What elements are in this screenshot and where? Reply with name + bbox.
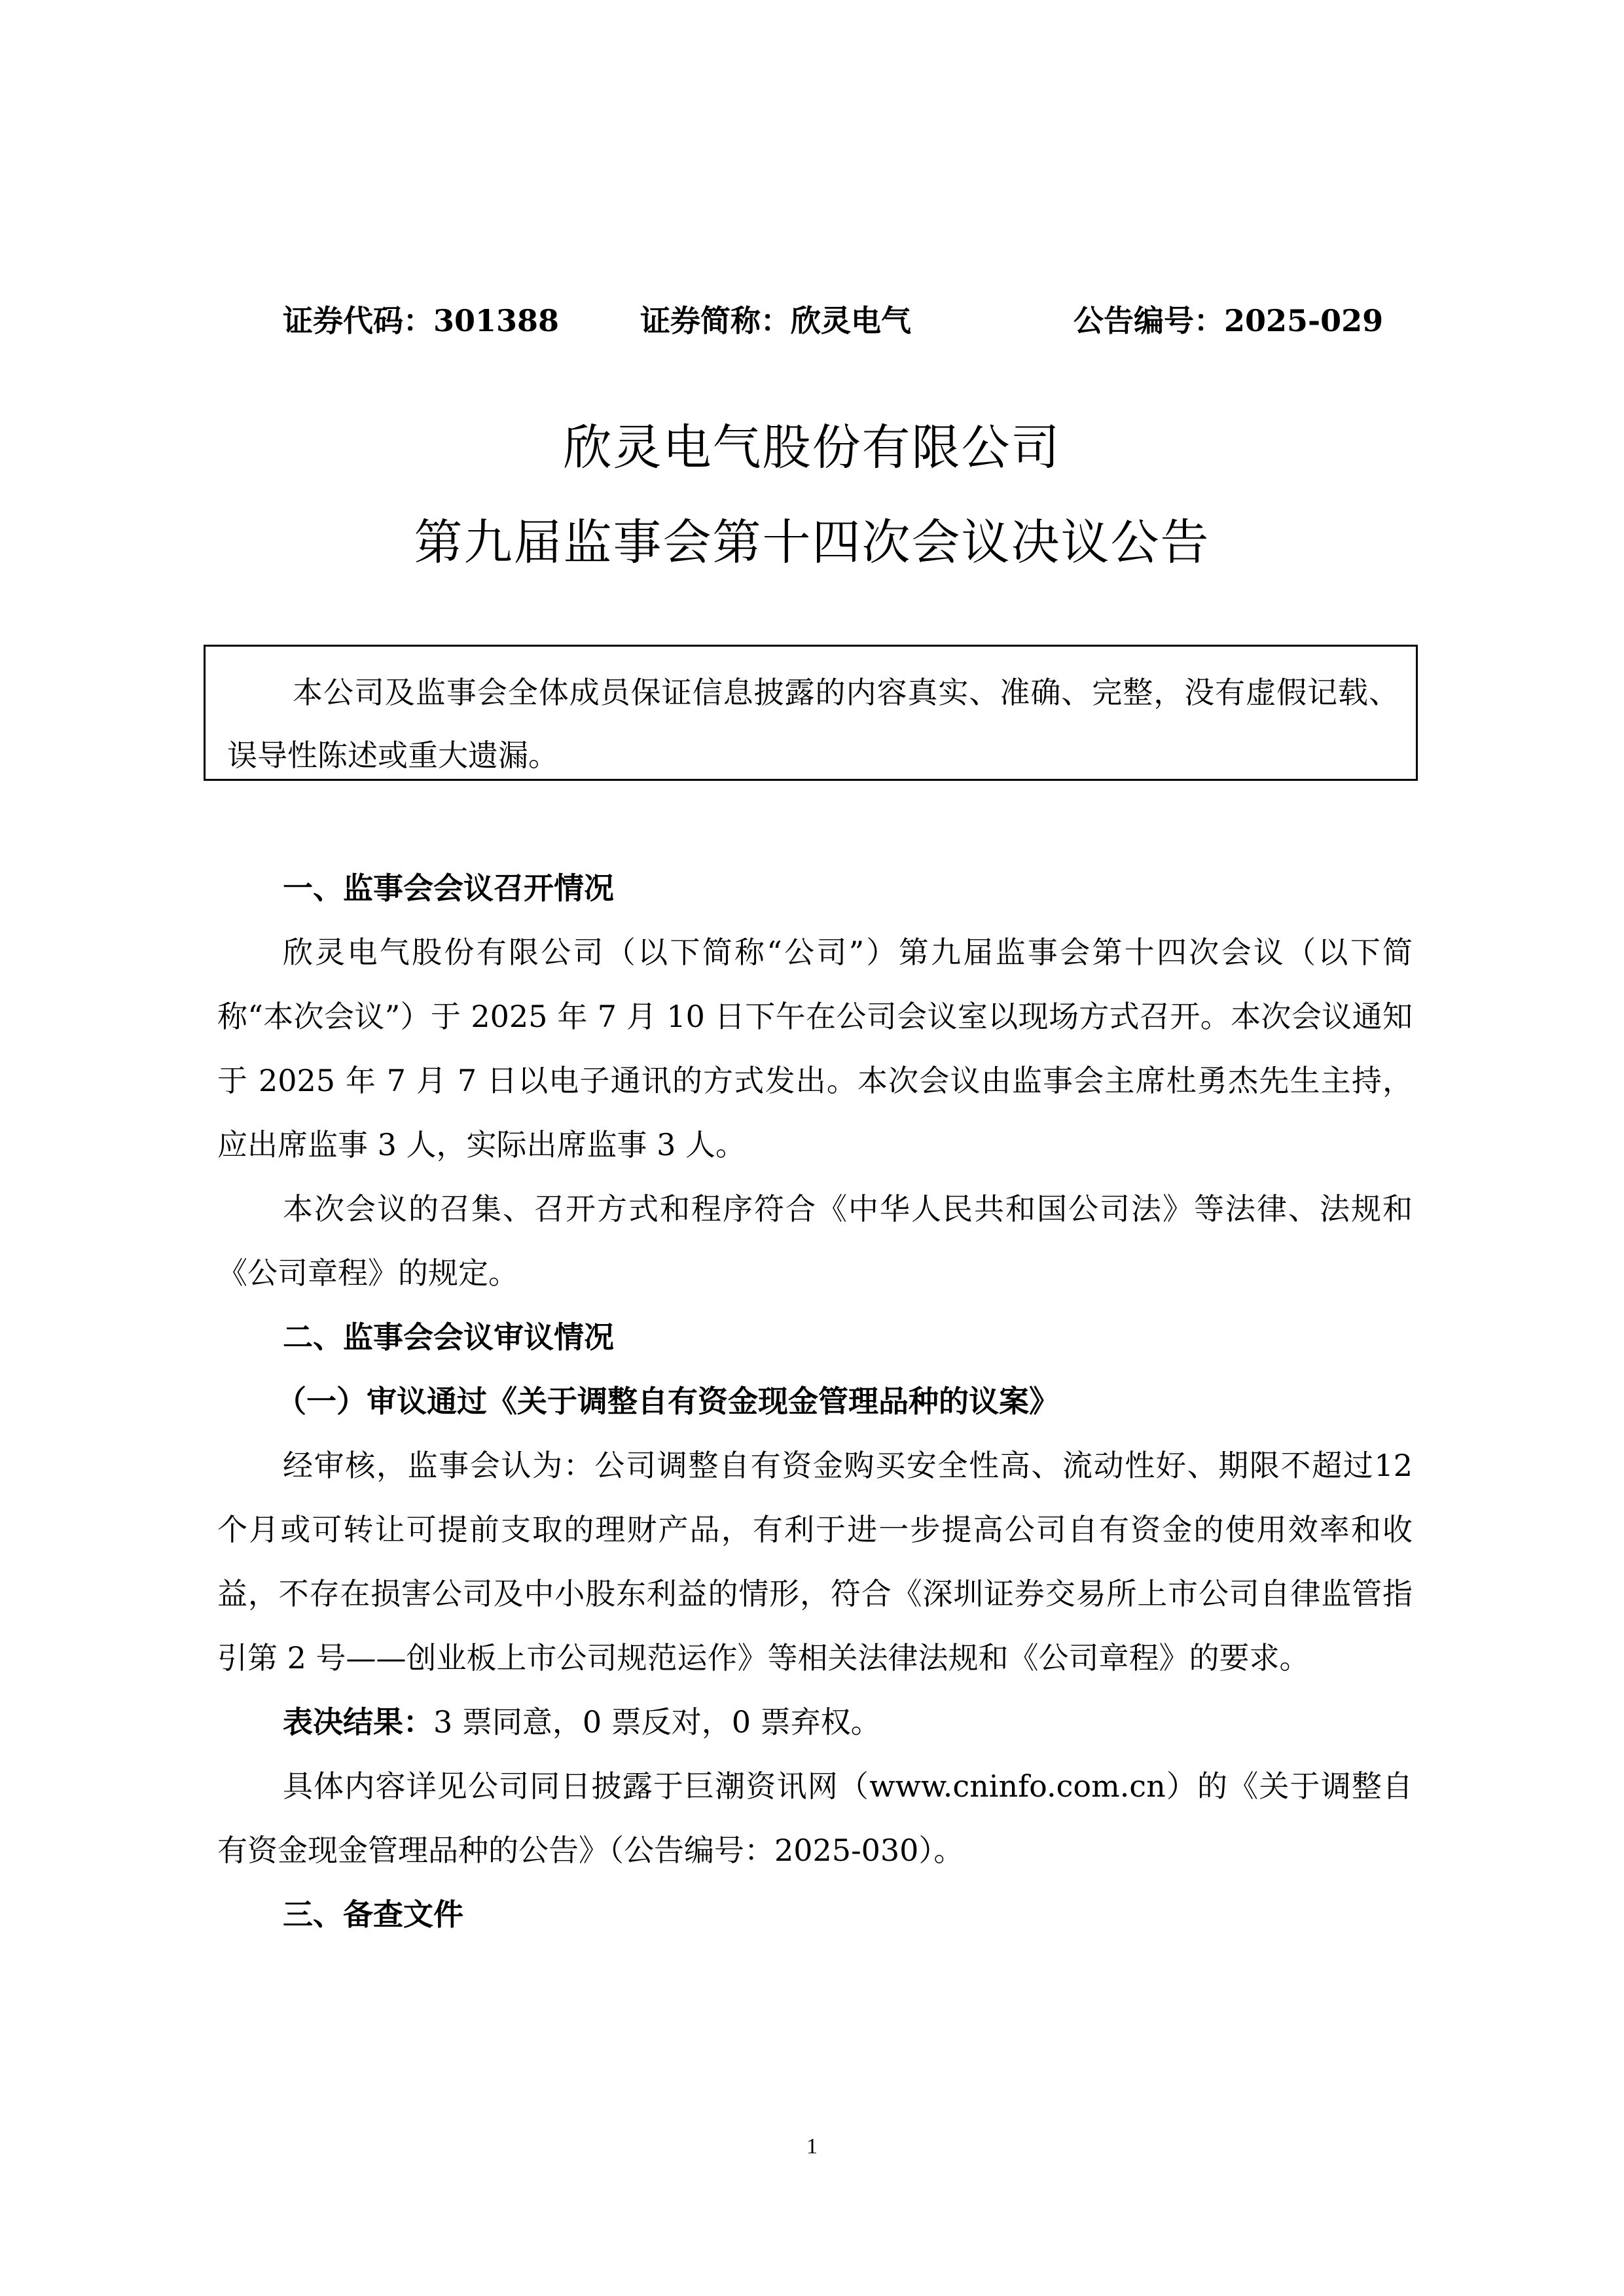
resolution-1-opinion: 经审核，监事会认为：公司调整自有资金购买安全性高、流动性好、期限不超过12 个月…: [217, 1433, 1413, 1690]
section-1-paragraph-2: 本次会议的召集、召开方式和程序符合《中华人民共和国公司法》等法律、法规和《公司章…: [217, 1177, 1413, 1305]
security-code: 证券代码：301388: [283, 298, 559, 344]
page-number: 1: [0, 2130, 1624, 2163]
vote-result-line: 表决结果：3 票同意，0 票反对，0 票弃权。: [217, 1690, 1413, 1754]
announcement-no-value: 2025-029: [1224, 303, 1383, 338]
security-code-value: 301388: [433, 303, 559, 338]
section-1-paragraph-1: 欣灵电气股份有限公司（以下简称“公司”）第九届监事会第十四次会议（以下简称“本次…: [217, 920, 1413, 1177]
security-abbr-value: 欣灵电气: [791, 303, 911, 338]
company-title: 欣灵电气股份有限公司: [0, 409, 1624, 478]
section-1-heading: 一、监事会会议召开情况: [217, 856, 1413, 920]
disclosure-statement-text: 本公司及监事会全体成员保证信息披露的内容真实、准确、完整，没有虚假记载、误导性陈…: [227, 661, 1399, 787]
vote-result-value: 3 票同意，0 票反对，0 票弃权。: [433, 1704, 881, 1740]
security-abbreviation: 证券简称：欣灵电气: [640, 298, 911, 344]
resolution-1-heading: （一）审议通过《关于调整自有资金现金管理品种的议案》: [217, 1369, 1413, 1433]
announcement-number: 公告编号：2025-029: [1074, 298, 1383, 344]
document-body: 一、监事会会议召开情况 欣灵电气股份有限公司（以下简称“公司”）第九届监事会第十…: [217, 856, 1413, 1946]
vote-result-label: 表决结果：: [283, 1704, 433, 1740]
section-2-heading: 二、监事会会议审议情况: [217, 1305, 1413, 1369]
security-abbr-label: 证券简称：: [640, 303, 791, 338]
document-page: 证券代码：301388 证券简称：欣灵电气 公告编号：2025-029 欣灵电气…: [0, 0, 1624, 2296]
announcement-title: 第九届监事会第十四次会议决议公告: [0, 504, 1624, 573]
security-code-label: 证券代码：: [283, 303, 433, 338]
resolution-1-reference: 具体内容详见公司同日披露于巨潮资讯网（www.cninfo.com.cn）的《关…: [217, 1754, 1413, 1882]
announcement-header: 证券代码：301388 证券简称：欣灵电气 公告编号：2025-029: [0, 298, 1624, 344]
announcement-no-label: 公告编号：: [1074, 303, 1224, 338]
disclosure-statement-box: 本公司及监事会全体成员保证信息披露的内容真实、准确、完整，没有虚假记载、误导性陈…: [204, 645, 1418, 781]
section-3-heading: 三、备查文件: [217, 1882, 1413, 1946]
